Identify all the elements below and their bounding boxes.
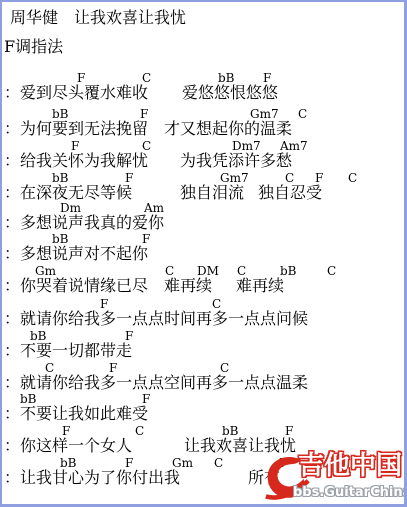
chord-label: C: [135, 425, 144, 438]
lyric-segment: ：: [4, 470, 20, 486]
lyric-segment: 在深夜无尽等候: [20, 185, 132, 201]
lyric-segment: 不要让我如此难受: [20, 406, 148, 422]
watermark: 吉他中国 bbs.GuitarChina.com: [264, 450, 406, 505]
chord-label: C: [327, 265, 336, 278]
lyric-segment: ：: [4, 406, 20, 422]
lyric-segment: 不要一切都带走: [20, 343, 132, 359]
lyric-segment: ：: [4, 153, 20, 169]
lyric-segment: 独自泪流: [180, 185, 244, 201]
lyric-segment: 为何要到无法挽留: [20, 121, 148, 137]
lyric-segment: 爱到尽头覆水难收: [20, 85, 148, 101]
lyric-segment: 为我凭添许多愁: [180, 153, 292, 169]
site-url: bbs.GuitarChina.com: [293, 486, 407, 500]
lyric-segment: 才又想起你的温柔: [164, 121, 292, 137]
lyric-segment: ：: [4, 215, 20, 231]
lyric-segment: 多想说声我真的爱你: [20, 215, 164, 231]
chord-label: C: [348, 172, 357, 185]
chord-label: C: [214, 457, 223, 470]
chord-label: C: [298, 108, 307, 121]
lyric-segment: ：: [4, 85, 20, 101]
lyric-segment: 给我关怀为我解忧: [20, 153, 148, 169]
lyric-segment: 就请你给我多一点点时间再多一点点问候: [20, 311, 308, 327]
lyric-segment: 就请你给我多一点点空间再多一点点温柔: [20, 375, 308, 391]
lyric-segment: ：: [4, 311, 20, 327]
lyric-segment: 让我甘心为了你付出我: [20, 470, 180, 486]
lyric-segment: 爱悠悠恨悠悠: [182, 85, 278, 101]
song-lines: FCbBF：爱到尽头覆水难收爱悠悠恨悠悠bBFGm7C：为何要到无法挽留才又想起…: [2, 2, 404, 504]
lyric-segment: 你哭着说情缘已尽: [20, 278, 148, 294]
lyric-segment: ：: [4, 185, 20, 201]
site-name: 吉他中国: [298, 452, 402, 480]
lyric-segment: 你这样一个女人: [20, 438, 132, 454]
lyric-segment: ：: [4, 121, 20, 137]
lyric-segment: ：: [4, 375, 20, 391]
lyric-segment: ：: [4, 438, 20, 454]
lyric-segment: ：: [4, 343, 20, 359]
lyric-segment: 难再续: [236, 278, 284, 294]
lyric-segment: ：: [4, 278, 20, 294]
lyric-segment: ：: [4, 246, 20, 262]
chord-sheet: 周华健 让我欢喜让我忧 F调指法 FCbBF：爱到尽头覆水难收爱悠悠恨悠悠bBF…: [0, 0, 407, 507]
logo-hole: [281, 472, 290, 481]
lyric-segment: 独自忍受: [258, 185, 322, 201]
lyric-segment: 多想说声对不起你: [20, 246, 148, 262]
lyric-segment: 难再续: [164, 278, 212, 294]
